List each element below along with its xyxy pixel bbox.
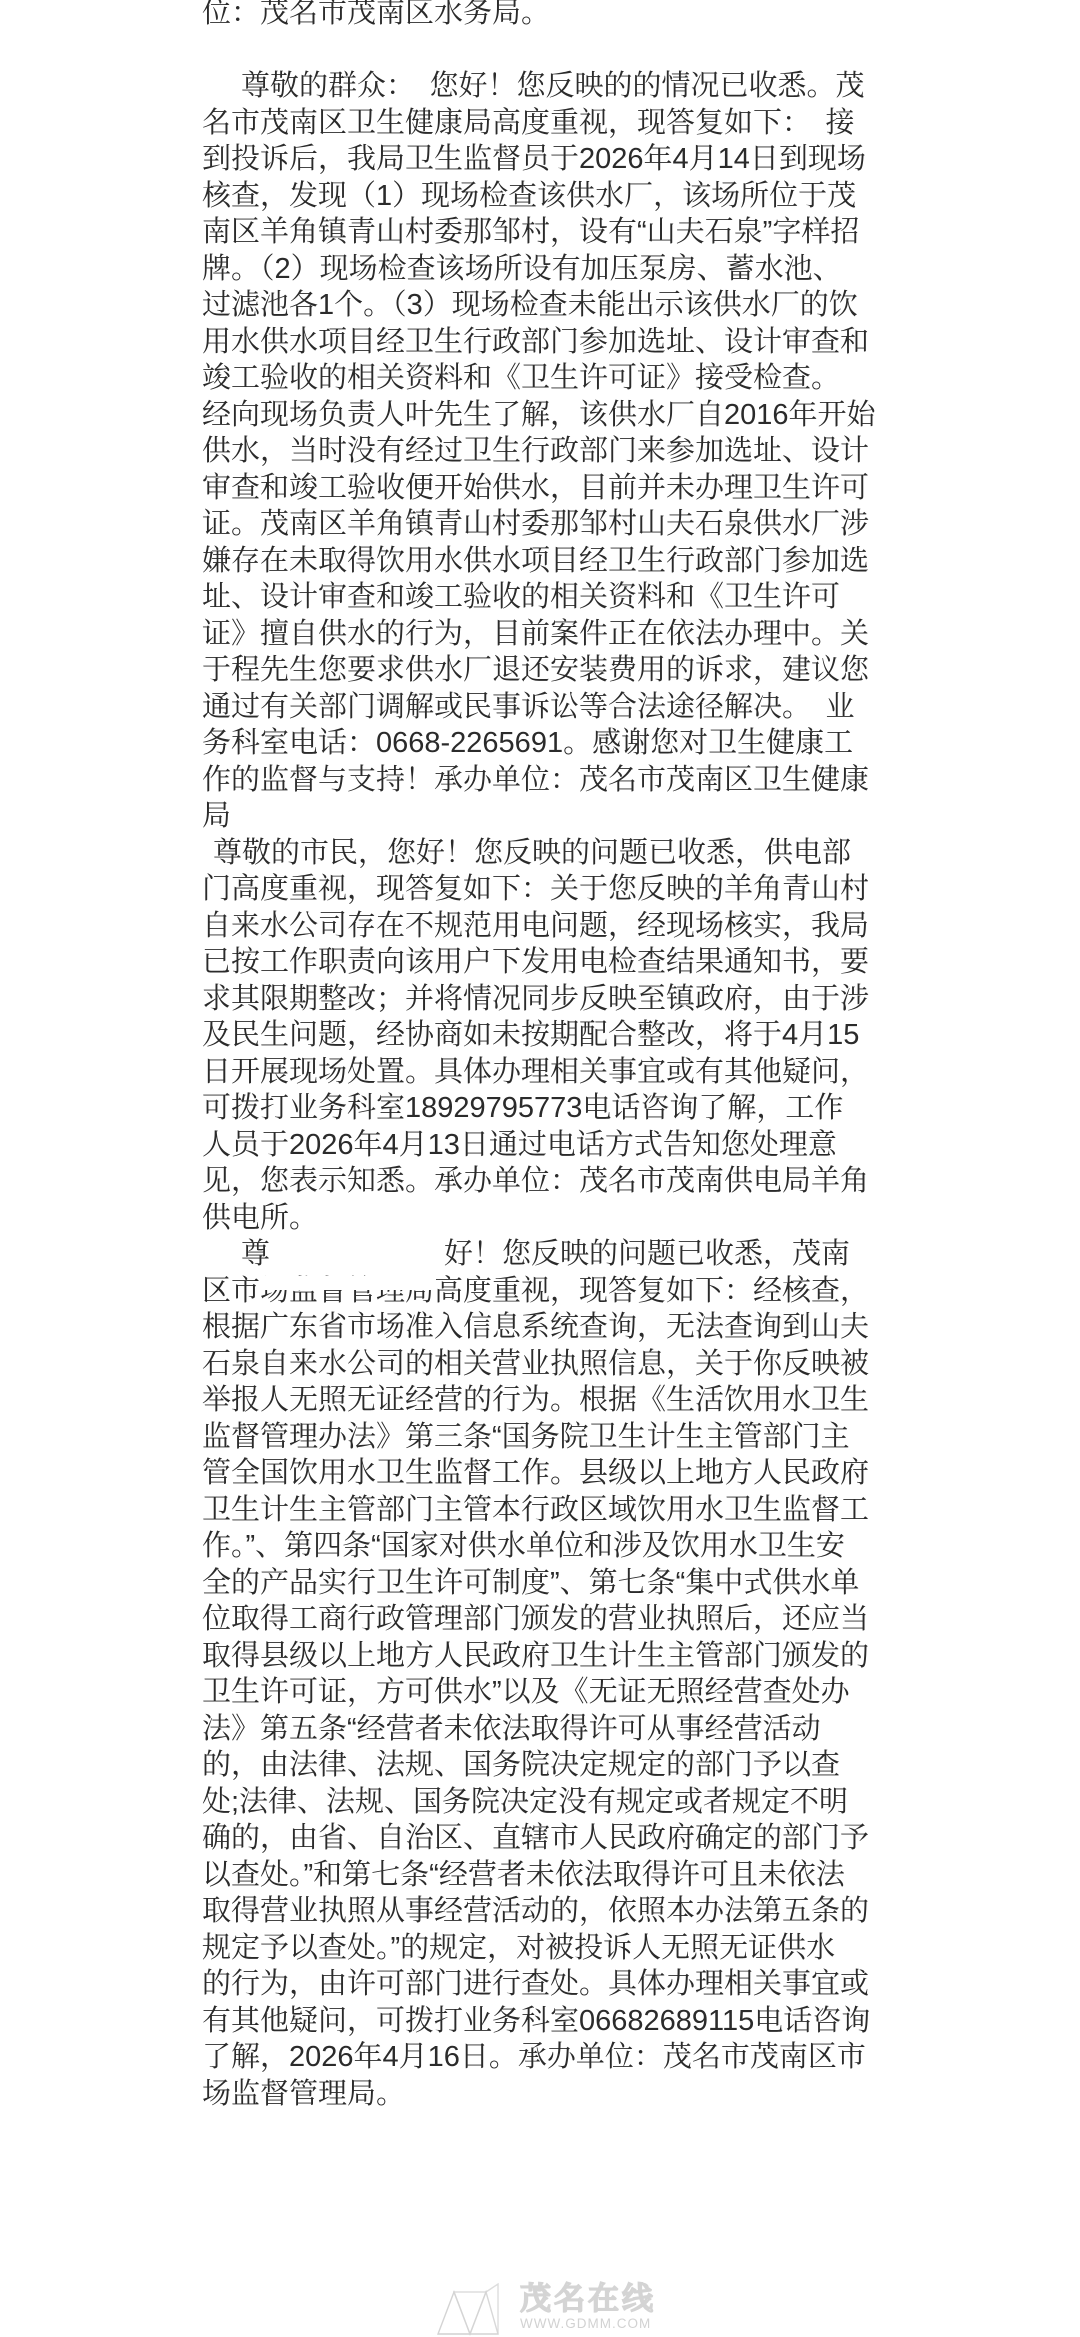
text-line: 监督管理办法》第三条“国务院卫生计生主管部门主 [202,1419,1002,1456]
text-line: 全的产品实行卫生许可制度”、第七条“集中式供水单 [202,1565,1002,1602]
text-line: 取得县级以上地方人民政府卫生计生主管部门颁发的 [202,1638,1002,1675]
text-line: 举报人无照无证经营的行为。根据《生活饮用水卫生 [202,1382,1002,1419]
text-line: 了解，2026年4月16日。承办单位：茂名市茂南区市 [202,2039,1002,2076]
text-line: 法》第五条“经营者未依法取得许可从事经营活动 [202,1711,1002,1748]
text-line: 位取得工商行政管理部门颁发的营业执照后，还应当 [202,1601,1002,1638]
text-line: 证》擅自供水的行为，目前案件正在依法办理中。关 [202,616,1002,653]
text-line: 卫生许可证，方可供水”以及《无证无照经营查处办 [202,1674,1002,1711]
text-line: 核查，发现（1）现场检查该供水厂，该场所位于茂 [202,178,1002,215]
text-line: 审查和竣工验收便开始供水，目前并未办理卫生许可 [202,470,1002,507]
text-line: 有其他疑问，可拨打业务科室06682689115电话咨询 [202,2003,1002,2040]
text-line: 名市茂南区卫生健康局高度重视，现答复如下： 接 [202,105,1002,142]
text-line: 南区羊角镇青山村委那邹村，设有“山夫石泉”字样招 [202,214,1002,251]
document-body: 位：茂名市茂南区水务局。尊敬的群众： 您好！您反映的的情况已收悉。茂名市茂南区卫… [202,0,1002,2112]
text-line: 见，您表示知悉。承办单位：茂名市茂南供电局羊角 [202,1163,1002,1200]
text-line: 自来水公司存在不规范用电问题，经现场核实，我局 [202,908,1002,945]
text-line: 取得营业执照从事经营活动的，依照本办法第五条的 [202,1893,1002,1930]
text-line: 尊敬的群众： 您好！您反映的的情况已收悉。茂 [202,68,1002,105]
text-line: 处;法律、法规、国务院决定没有规定或者规定不明 [202,1784,1002,1821]
text-line: 以查处。”和第七条“经营者未依法取得许可且未依法 [202,1857,1002,1894]
text-line: 竣工验收的相关资料和《卫生许可证》接受检查。 [202,360,1002,397]
text-line: 管全国饮用水卫生监督工作。县级以上地方人民政府 [202,1455,1002,1492]
text-line: 已按工作职责向该用户下发用电检查结果通知书，要 [202,944,1002,981]
text-line: 日开展现场处置。具体办理相关事宜或有其他疑问， [202,1054,1002,1091]
text-line: 作的监督与支持！承办单位：茂名市茂南区卫生健康 [202,762,1002,799]
text-line: 石泉自来水公司的相关营业执照信息，关于你反映被 [202,1346,1002,1383]
text-line: 的，由法律、法规、国务院决定规定的部门予以查 [202,1747,1002,1784]
watermark-logo-icon [436,2282,510,2337]
text-line: 位：茂名市茂南区水务局。 [202,0,1002,32]
watermark-site-url: WWW.GDMM.COM [520,2316,656,2332]
watermark-text-block: 茂名在线 WWW.GDMM.COM [520,2282,656,2332]
text-line: 场监督管理局。 [202,2076,1002,2113]
text-line: 证。茂南区羊角镇青山村委那邹村山夫石泉供水厂涉 [202,506,1002,543]
text-line: 求其限期整改；并将情况同步反映至镇政府，由于涉 [202,981,1002,1018]
text-line: 卫生计生主管部门主管本行政区域饮用水卫生监督工 [202,1492,1002,1529]
text-line: 牌。（2）现场检查该场所设有加压泵房、蓄水池、 [202,251,1002,288]
text-line: 局 [202,798,1002,835]
watermark-site-name: 茂名在线 [520,2282,656,2316]
text-line: 可拨打业务科室18929795773电话咨询了解，工作 [202,1090,1002,1127]
text-line: 根据广东省市场准入信息系统查询，无法查询到山夫 [202,1309,1002,1346]
text-line: 用水供水项目经卫生行政部门参加选址、设计审查和 [202,324,1002,361]
text-line: 的行为，由许可部门进行查处。具体办理相关事宜或 [202,1966,1002,2003]
text-line: 规定予以查处。”的规定，对被投诉人无照无证供水 [202,1930,1002,1967]
text-line: 人员于2026年4月13日通过电话方式告知您处理意 [202,1127,1002,1164]
text-line [202,32,1002,69]
text-line: 作。”、第四条“国家对供水单位和涉及饮用水卫生安 [202,1528,1002,1565]
text-line: 门高度重视，现答复如下：关于您反映的羊角青山村 [202,871,1002,908]
text-line: 过滤池各1个。（3）现场检查未能出示该供水厂的饮 [202,287,1002,324]
text-line: 到投诉后，我局卫生监督员于2026年4月14日到现场 [202,141,1002,178]
text-line: 嫌存在未取得饮用水供水项目经卫生行政部门参加选 [202,543,1002,580]
text-line: 及民生问题，经协商如未按期配合整改，将于4月15 [202,1017,1002,1054]
text-line: 确的，由省、自治区、直辖市人民政府确定的部门予 [202,1820,1002,1857]
site-watermark: 茂名在线 WWW.GDMM.COM [436,2282,656,2337]
text-line: 供电所。 [202,1200,1002,1237]
text-line: 务科室电话：0668-2265691。感谢您对卫生健康工 [202,725,1002,762]
text-line: 通过有关部门调解或民事诉讼等合法途径解决。 业 [202,689,1002,726]
text-line: 址、设计审查和竣工验收的相关资料和《卫生许可 [202,579,1002,616]
page: 位：茂名市茂南区水务局。尊敬的群众： 您好！您反映的的情况已收悉。茂名市茂南区卫… [0,0,1080,2337]
text-line: 供水，当时没有经过卫生行政部门来参加选址、设计 [202,433,1002,470]
text-line: 于程先生您要求供水厂退还安装费用的诉求，建议您 [202,652,1002,689]
text-line: 经向现场负责人叶先生了解，该供水厂自2016年开始 [202,397,1002,434]
text-line: 尊敬的市民，您好！您反映的问题已收悉，供电部 [202,835,1002,872]
text-line: 尊 好！您反映的问题已收悉，茂南 [202,1236,1002,1273]
redaction-overlay [260,1276,436,1290]
